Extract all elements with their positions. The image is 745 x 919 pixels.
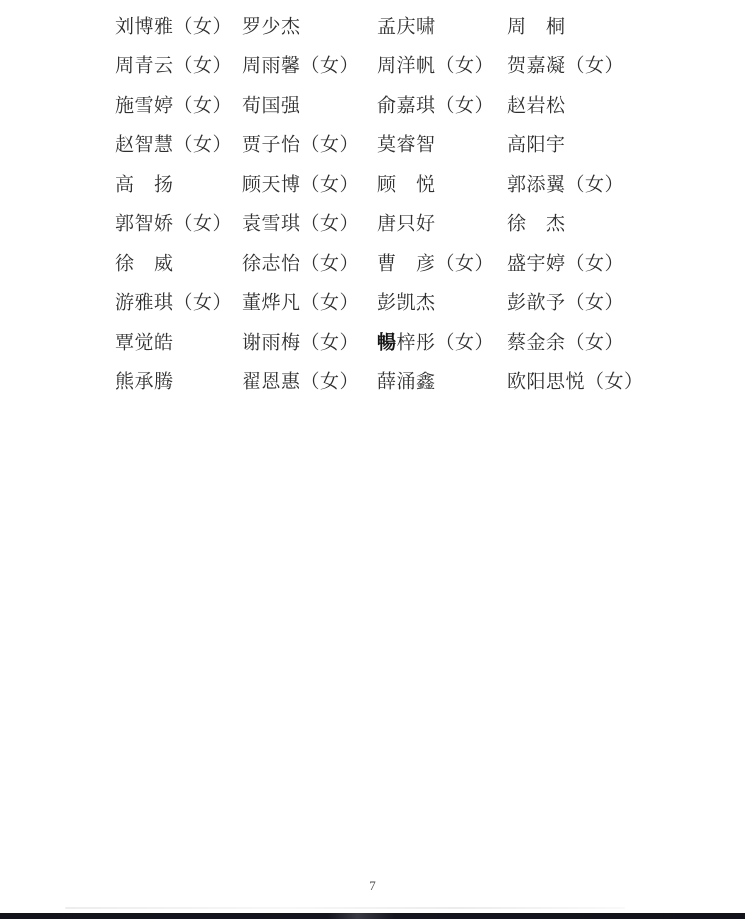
name-cell: 顾 悦 (377, 169, 436, 196)
name-cell: 周洋帆（女） (377, 51, 494, 78)
page-number: 7 (0, 878, 745, 894)
name-row: 赵智慧（女） 贾子怡（女） 莫睿智 高阳宇 (0, 124, 745, 164)
name-cell: 贾子怡（女） (242, 130, 359, 157)
name-cell: 暢梓彤（女） (377, 327, 494, 354)
name-cell: 徐志怡（女） (242, 248, 359, 275)
name-cell: 翟恩惠（女） (242, 367, 359, 394)
name-row: 施雪婷（女） 荀国强 俞嘉琪（女） 赵岩松 (0, 84, 745, 124)
name-row: 郭智娇（女） 袁雪琪（女） 唐只好 徐 杰 (0, 203, 745, 243)
name-cell: 曹 彦（女） (377, 248, 494, 275)
name-cell: 彭凯杰 (377, 288, 436, 315)
name-cell: 游雅琪（女） (115, 288, 232, 315)
name-cell: 熊承腾 (115, 367, 174, 394)
name-cell: 周青云（女） (115, 51, 232, 78)
name-cell: 莫睿智 (377, 130, 436, 157)
name-cell: 盛宇婷（女） (507, 248, 624, 275)
name-cell: 俞嘉琪（女） (377, 90, 494, 117)
name-row: 游雅琪（女） 董烨凡（女） 彭凯杰 彭歆予（女） (0, 282, 745, 322)
name-row: 熊承腾 翟恩惠（女） 薛涌鑫 欧阳思悦（女） (0, 361, 745, 401)
name-list: 刘博雅（女） 罗少杰 孟庆啸 周 桐 周青云（女） 周雨馨（女） 周洋帆（女） … (0, 5, 745, 400)
name-cell: 罗少杰 (242, 11, 301, 38)
scan-smudge (65, 907, 625, 909)
name-cell: 董烨凡（女） (242, 288, 359, 315)
name-cell: 顾天博（女） (242, 169, 359, 196)
name-cell: 贺嘉凝（女） (507, 51, 624, 78)
name-cell: 高阳宇 (507, 130, 566, 157)
name-cell: 周雨馨（女） (242, 51, 359, 78)
name-cell: 刘博雅（女） (115, 11, 232, 38)
scan-edge-bar (0, 913, 745, 919)
name-cell: 郭添翼（女） (507, 169, 624, 196)
name-cell: 彭歆予（女） (507, 288, 624, 315)
name-cell: 周 桐 (507, 11, 566, 38)
name-cell: 谢雨梅（女） (242, 327, 359, 354)
name-cell: 荀国强 (242, 90, 301, 117)
name-cell: 徐 杰 (507, 209, 566, 236)
name-row: 刘博雅（女） 罗少杰 孟庆啸 周 桐 (0, 5, 745, 45)
name-cell: 徐 威 (115, 248, 174, 275)
name-cell: 袁雪琪（女） (242, 209, 359, 236)
name-row: 覃觉皓 谢雨梅（女） 暢梓彤（女） 蔡金余（女） (0, 321, 745, 361)
name-cell: 施雪婷（女） (115, 90, 232, 117)
name-row: 徐 威 徐志怡（女） 曹 彦（女） 盛宇婷（女） (0, 242, 745, 282)
name-cell: 赵岩松 (507, 90, 566, 117)
name-cell: 高 扬 (115, 169, 174, 196)
name-cell: 覃觉皓 (115, 327, 174, 354)
name-cell: 赵智慧（女） (115, 130, 232, 157)
name-row: 周青云（女） 周雨馨（女） 周洋帆（女） 贺嘉凝（女） (0, 45, 745, 85)
name-cell: 唐只好 (377, 209, 436, 236)
name-cell: 蔡金余（女） (507, 327, 624, 354)
name-row: 高 扬 顾天博（女） 顾 悦 郭添翼（女） (0, 163, 745, 203)
name-cell: 郭智娇（女） (115, 209, 232, 236)
name-cell: 薛涌鑫 (377, 367, 436, 394)
name-cell: 欧阳思悦（女） (507, 367, 644, 394)
name-cell: 孟庆啸 (377, 11, 436, 38)
